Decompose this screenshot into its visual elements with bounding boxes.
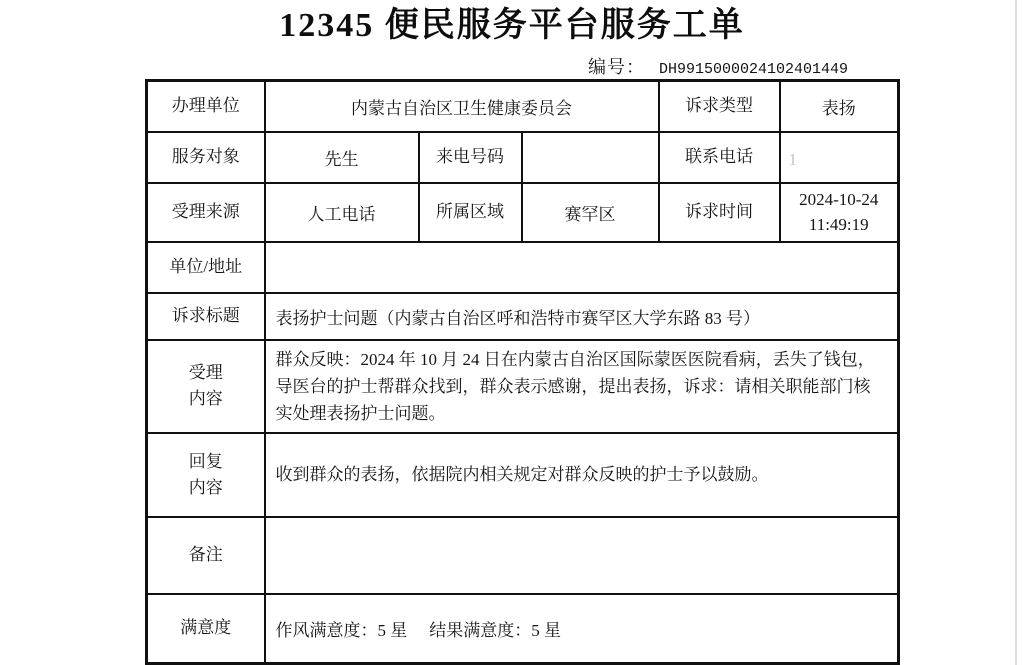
page-title: 12345 便民服务平台服务工单 (0, 4, 1024, 48)
unit-address-value (265, 242, 899, 293)
appeal-title-value: 表扬护士问题（内蒙古自治区呼和浩特市赛罕区大学东路 83 号） (265, 293, 899, 340)
satisfaction-value: 作风满意度：5 星结果满意度：5 星 (265, 594, 899, 664)
reply-content-value: 收到群众的表扬，依据院内相关规定对群众反映的护士予以鼓励。 (265, 433, 899, 517)
scan-edge-artifact (1015, 0, 1017, 665)
row-acceptance-source: 受理来源 人工电话 所属区域 赛罕区 诉求时间 2024-10-24 11:49… (147, 183, 899, 242)
acceptance-content-label: 受理 内容 (147, 340, 265, 433)
caller-number-value (522, 132, 659, 183)
remarks-label: 备注 (147, 517, 265, 594)
satisfaction-label: 满意度 (147, 594, 265, 664)
remarks-value (265, 517, 899, 594)
appeal-type-value: 表扬 (780, 81, 899, 132)
acceptance-source-value: 人工电话 (265, 183, 419, 242)
row-unit-address: 单位/地址 (147, 242, 899, 293)
row-handling-unit: 办理单位 内蒙古自治区卫生健康委员会 诉求类型 表扬 (147, 81, 899, 132)
satisfaction-result: 结果满意度：5 星 (429, 621, 561, 640)
service-target-label: 服务对象 (147, 132, 265, 183)
row-reply-content: 回复 内容 收到群众的表扬，依据院内相关规定对群众反映的护士予以鼓励。 (147, 433, 899, 517)
caller-number-label: 来电号码 (419, 132, 522, 183)
serial-line: 编号：DH9915000024102401449 (588, 53, 848, 79)
appeal-type-label: 诉求类型 (659, 81, 780, 132)
district-value: 赛罕区 (522, 183, 659, 242)
appeal-time-value: 2024-10-24 11:49:19 (780, 183, 899, 242)
handling-unit-value: 内蒙古自治区卫生健康委员会 (265, 81, 659, 132)
contact-phone-value-redacted: 1 (780, 132, 899, 183)
row-satisfaction: 满意度 作风满意度：5 星结果满意度：5 星 (147, 594, 899, 664)
unit-address-label: 单位/地址 (147, 242, 265, 293)
row-service-target: 服务对象 先生 来电号码 联系电话 1 (147, 132, 899, 183)
district-label: 所属区域 (419, 183, 522, 242)
acceptance-content-value: 群众反映：2024 年 10 月 24 日在内蒙古自治区国际蒙医医院看病，丢失了… (265, 340, 899, 433)
handling-unit-label: 办理单位 (147, 81, 265, 132)
contact-phone-label: 联系电话 (659, 132, 780, 183)
serial-number: DH9915000024102401449 (659, 61, 848, 78)
appeal-time-label: 诉求时间 (659, 183, 780, 242)
acceptance-source-label: 受理来源 (147, 183, 265, 242)
serial-label: 编号： (588, 57, 645, 77)
row-remarks: 备注 (147, 517, 899, 594)
satisfaction-conduct: 作风满意度：5 星 (276, 621, 408, 640)
service-target-value: 先生 (265, 132, 419, 183)
appeal-title-label: 诉求标题 (147, 293, 265, 340)
reply-content-label: 回复 内容 (147, 433, 265, 517)
work-order-table: 办理单位 内蒙古自治区卫生健康委员会 诉求类型 表扬 服务对象 先生 来电号码 … (145, 79, 900, 665)
row-acceptance-content: 受理 内容 群众反映：2024 年 10 月 24 日在内蒙古自治区国际蒙医医院… (147, 340, 899, 433)
row-appeal-title: 诉求标题 表扬护士问题（内蒙古自治区呼和浩特市赛罕区大学东路 83 号） (147, 293, 899, 340)
